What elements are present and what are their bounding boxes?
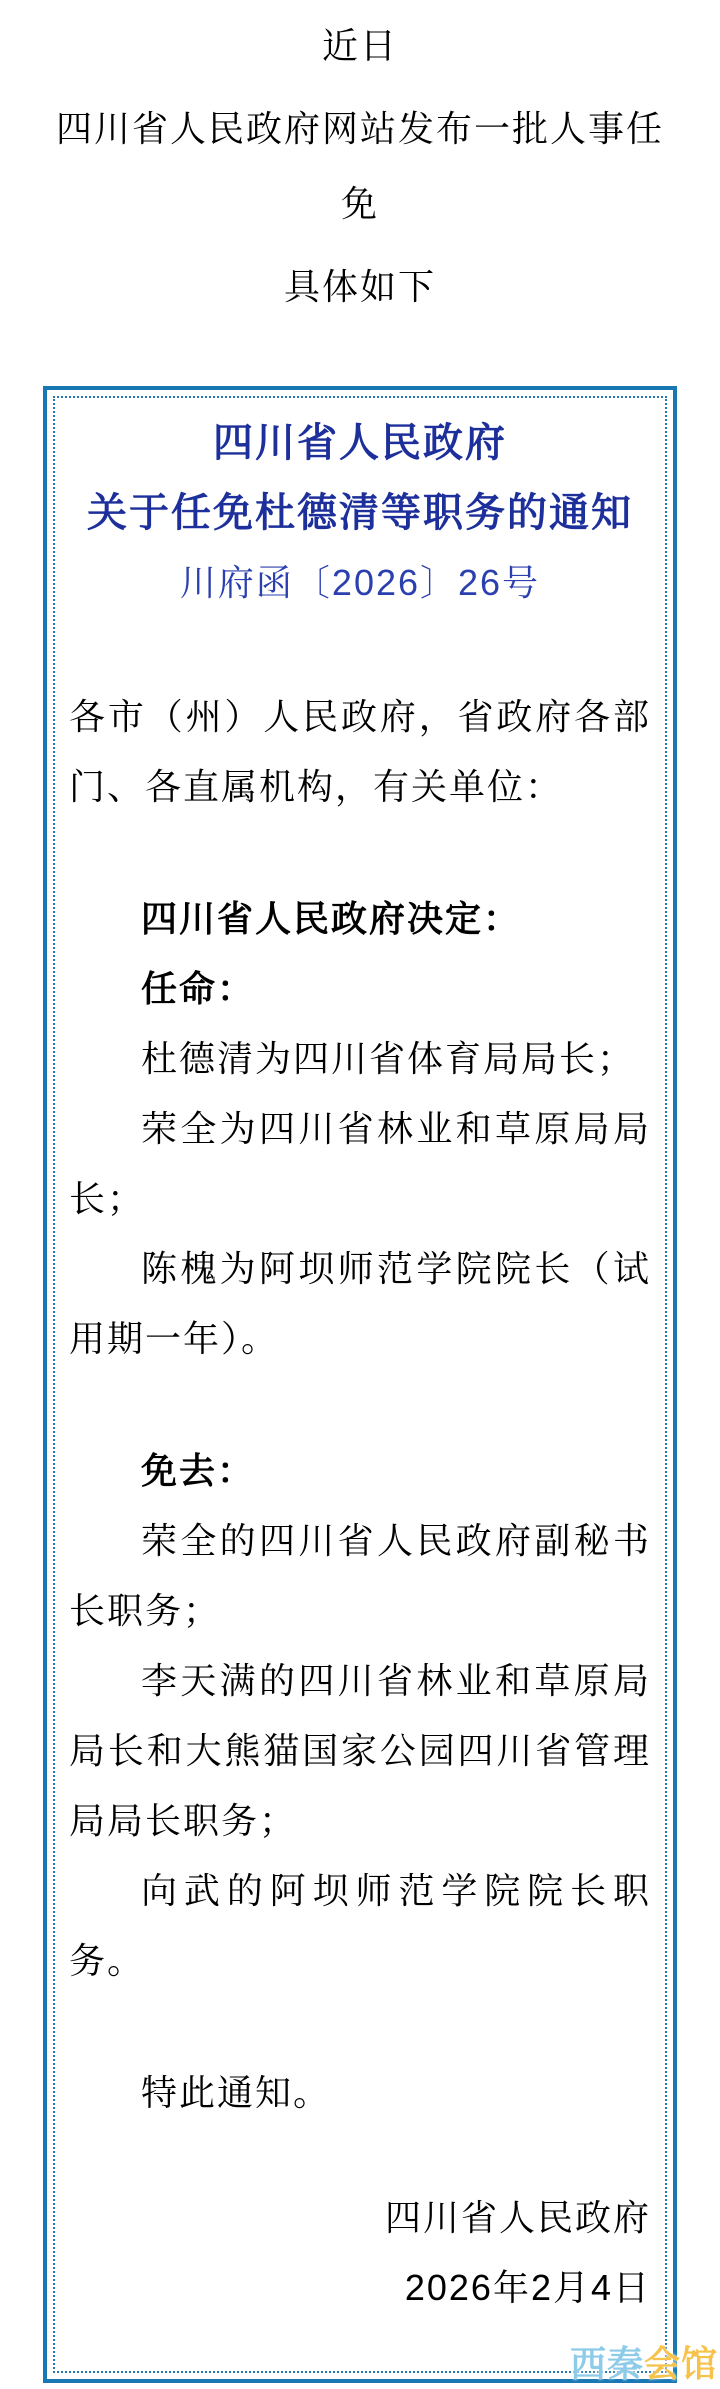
appointments-heading: 任命：: [69, 954, 651, 1024]
doc-number: 川府函〔2026〕26号: [69, 548, 651, 618]
removals-heading: 免去：: [69, 1436, 651, 1506]
notice-body: 各市（州）人民政府，省政府各部门、各直属机构，有关单位： 四川省人民政府决定： …: [69, 682, 651, 2323]
watermark: 西秦会馆: [570, 2336, 718, 2387]
appointment-item-2: 荣全为四川省林业和草原局局长；: [69, 1094, 651, 1234]
date: 2026年2月4日: [69, 2253, 651, 2323]
appointment-item-3: 陈槐为阿坝师范学院院长（试用期一年）。: [69, 1234, 651, 1374]
closing-paragraph: 特此通知。: [69, 2058, 651, 2128]
decision-intro-paragraph: 四川省人民政府决定：: [69, 884, 651, 954]
removal-item-2: 李天满的四川省林业和草原局局长和大熊猫国家公园四川省管理局局长职务；: [69, 1646, 651, 1856]
notice-inner-frame: 四川省人民政府 关于任免杜德清等职务的通知 川府函〔2026〕26号 各市（州）…: [53, 396, 667, 2373]
notice-title-line-2: 关于任免杜德清等职务的通知: [69, 478, 651, 548]
salutation-paragraph: 各市（州）人民政府，省政府各部门、各直属机构，有关单位：: [69, 682, 651, 822]
notice-box: 四川省人民政府 关于任免杜德清等职务的通知 川府函〔2026〕26号 各市（州）…: [43, 386, 677, 2383]
signature: 四川省人民政府: [69, 2183, 651, 2253]
removal-item-3: 向武的阿坝师范学院院长职务。: [69, 1856, 651, 1996]
notice-title-line-1: 四川省人民政府: [69, 408, 651, 478]
removal-item-1: 荣全的四川省人民政府副秘书长职务；: [69, 1506, 651, 1646]
appointment-item-1: 杜德清为四川省体育局局长；: [69, 1024, 651, 1094]
intro-line-1: 近日: [50, 8, 670, 83]
intro-line-3: 具体如下: [50, 249, 670, 324]
watermark-part-1: 西秦: [570, 2343, 644, 2384]
watermark-part-2: 会馆: [644, 2343, 718, 2384]
notice-title: 四川省人民政府 关于任免杜德清等职务的通知: [69, 408, 651, 548]
intro-line-2: 四川省人民政府网站发布一批人事任免: [50, 91, 670, 241]
intro-section: 近日 四川省人民政府网站发布一批人事任免 具体如下: [50, 0, 670, 324]
